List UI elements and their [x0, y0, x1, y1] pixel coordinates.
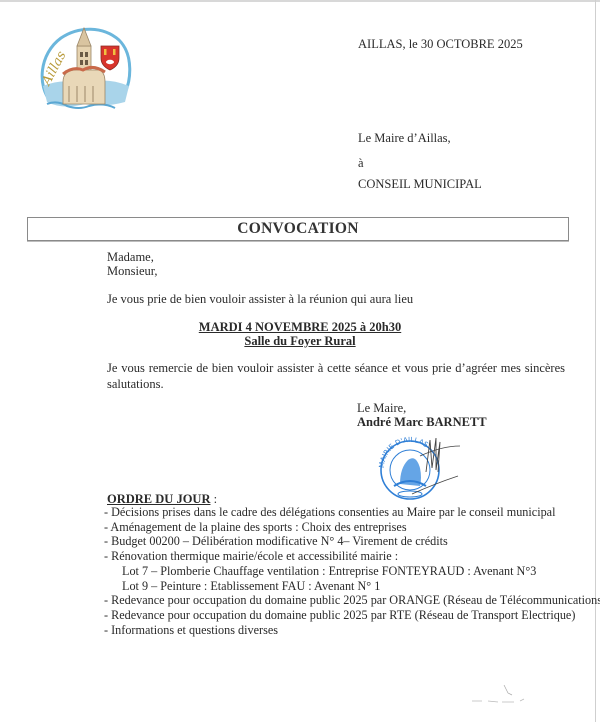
aillas-village-logo-icon: Aillas: [33, 24, 137, 114]
agenda-item: - Informations et questions diverses: [104, 623, 600, 638]
recipient: CONSEIL MUNICIPAL: [358, 177, 482, 192]
salutation-madame: Madame,: [107, 250, 154, 265]
agenda-item: - Redevance pour occupation du domaine p…: [104, 608, 600, 623]
agenda-item: - Budget 00200 – Délibération modificati…: [104, 534, 600, 549]
agenda-list: - Décisions prises dans le cadre des dél…: [104, 505, 600, 637]
meeting-place: Salle du Foyer Rural: [0, 334, 600, 349]
document-title: CONVOCATION: [237, 220, 359, 237]
agenda-subitem: Lot 9 – Peinture : Etablissement FAU : A…: [104, 579, 600, 594]
agenda-item: - Rénovation thermique mairie/école et a…: [104, 549, 600, 564]
agenda-item: - Décisions prises dans le cadre des dél…: [104, 505, 600, 520]
scan-mark: [470, 685, 540, 705]
title-box: CONVOCATION: [27, 217, 569, 241]
closing-text: Je vous remercie de bien vouloir assiste…: [107, 360, 565, 392]
agenda-item: - Redevance pour occupation du domaine p…: [104, 593, 600, 608]
scan-top-edge: [0, 0, 600, 2]
agenda-item: - Aménagement de la plaine des sports : …: [104, 520, 600, 535]
signature-name: André Marc BARNETT: [357, 415, 487, 430]
invitation-text: Je vous prie de bien vouloir assister à …: [107, 292, 413, 307]
agenda-subitem: Lot 7 – Plomberie Chauffage ventilation …: [104, 564, 600, 579]
to-prefix: à: [358, 156, 364, 171]
sender: Le Maire d’Aillas,: [358, 131, 451, 146]
stamp-text: MAIRIE D'AILLAS: [378, 436, 430, 468]
agenda-title: ORDRE DU JOUR: [107, 492, 210, 506]
svg-text:MAIRIE D'AILLAS: MAIRIE D'AILLAS: [378, 436, 430, 468]
agenda-title-suffix: :: [210, 492, 217, 506]
salutation-monsieur: Monsieur,: [107, 264, 158, 279]
signature-title: Le Maire,: [357, 401, 406, 416]
letter-date: AILLAS, le 30 OCTOBRE 2025: [358, 37, 523, 52]
mairie-stamp-icon: MAIRIE D'AILLAS: [372, 432, 462, 500]
meeting-datetime: MARDI 4 NOVEMBRE 2025 à 20h30: [0, 320, 600, 335]
